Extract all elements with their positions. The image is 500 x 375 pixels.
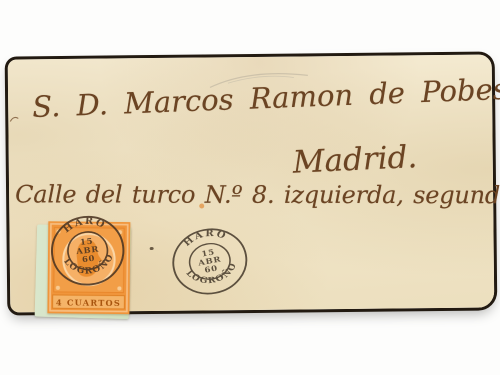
ink-speck <box>150 247 154 250</box>
postmark-town: HARO <box>180 225 230 250</box>
stamp-inscription: 4 CUARTOS <box>56 297 121 308</box>
postmark-on-envelope: HARO 15 ABR 60 LOGROÑO <box>165 221 254 302</box>
address-street: Calle del turco N.º 8. izquierda, segund… <box>15 180 500 209</box>
ink-mark <box>9 115 19 123</box>
postmark-year: 60 <box>82 253 96 264</box>
postmark-on-stamp: HARO 15 ABR 60 LOGROÑO <box>46 211 130 291</box>
photo-background: S. D. Marcos Ramon de Pobes. Madrid. Cal… <box>0 0 500 375</box>
postmark-year: 60 <box>204 263 219 275</box>
aging-spot <box>199 203 204 208</box>
envelope: S. D. Marcos Ramon de Pobes. Madrid. Cal… <box>8 54 495 312</box>
address-city: Madrid. <box>292 139 418 181</box>
svg-text:HARO: HARO <box>180 225 230 250</box>
